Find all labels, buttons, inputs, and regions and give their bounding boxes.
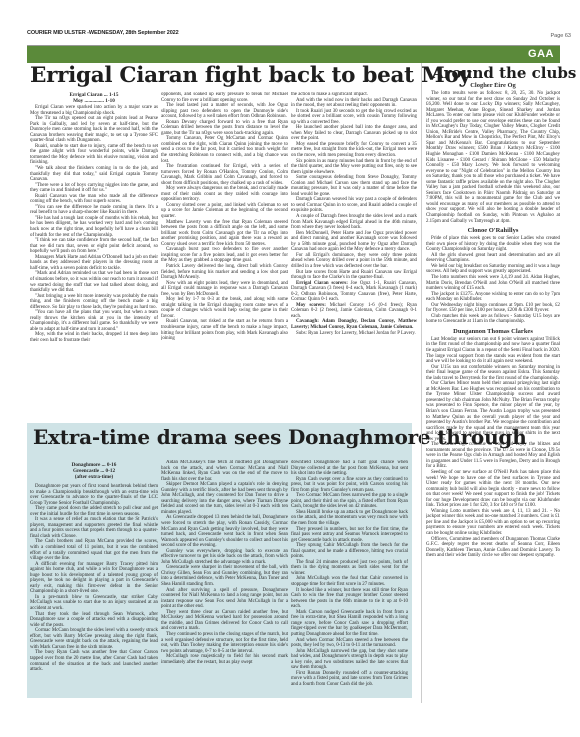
paragraph: Seeding of our new surface at O'Neill Pa… — [426, 470, 560, 509]
paragraph: Six points in as many minutes had them i… — [291, 159, 417, 176]
scorers-label: Moy scorers: — [296, 303, 326, 308]
paragraph: Shea Hamill broke up an attack to get Do… — [291, 510, 408, 527]
article2-column-3: downfield Donaghmore had a half goal cha… — [291, 460, 408, 696]
paragraph: The lotto numbers this week were 3,4,19 … — [426, 275, 560, 292]
paragraph: Winning Lotto numbers this week are 4, 1… — [426, 509, 560, 537]
paragraph: As Greencastle dropped 13 men behind the… — [161, 515, 288, 548]
score-line: (after extra-time) — [30, 474, 158, 480]
paragraph: We held our big breakfast on Saturday mo… — [426, 264, 560, 275]
paragraph: Greencastle were sharper in their moveme… — [161, 565, 288, 587]
score-line: Moy ............... 1-10 — [30, 98, 158, 104]
paragraph: Skipper Dermot McCann played a captain's… — [161, 482, 288, 515]
paragraph: Cormac McCann brought the sides level wi… — [30, 628, 158, 650]
paragraph: "Just bringing a wee bit more intensity … — [30, 294, 158, 311]
club-title-dungannon: Dungannon Thomas Clarkes — [426, 328, 560, 336]
paragraph: John McCullagh narrowed the gap, but the… — [291, 649, 408, 671]
paragraph: Ben McDonnell, Peter Harte and Joe Oguz … — [291, 231, 417, 253]
paragraph: In a pre-match blow to Greencastle, star… — [30, 595, 158, 612]
paragraph: Conroy slotted over a point, and linked … — [161, 203, 288, 220]
paragraph: A difficult evening for manager Barry Tr… — [30, 562, 158, 595]
article2-scoreline: Donaghmore ... 0-16 Greencastle ... 0-12… — [30, 462, 158, 480]
paragraph: "You can have all the plans that you wan… — [30, 310, 158, 332]
clubs-headline: Around the clubs — [432, 64, 576, 82]
club-title-clogher: Clogher Éire Óg — [426, 82, 560, 90]
section-label: GAA — [528, 48, 554, 60]
paragraph: They came good down the added stretch to… — [30, 506, 158, 517]
paragraph: They pressed in numbers, but not for the… — [291, 527, 408, 544]
paragraph: The final 24 minutes produced just two p… — [291, 560, 408, 577]
paragraph: Moy led by 1-7 to 0-3 at the break, and … — [161, 297, 288, 319]
paragraph: That they took the lead through Sean War… — [30, 612, 158, 629]
paragraph: All the girls showed great heart and det… — [426, 253, 560, 264]
paragraph: But late scores from Harte and Ruairi Ca… — [291, 270, 417, 281]
paragraph: Darragh Canavan weaved his way past a co… — [291, 197, 417, 214]
paragraph: Last Monday our seniors ran out 6 point … — [426, 337, 560, 365]
paragraph: "I think we can take confidence from the… — [30, 238, 158, 255]
paragraph: They went three clear as Carson raided a… — [161, 610, 288, 632]
paragraph: Aidan McCluskey's fine fetch at midfield… — [161, 460, 288, 482]
paragraph: They sprung Cahir McCullagh from the ben… — [291, 543, 408, 560]
paragraph: "Mark and Adrian reminded us that we had… — [30, 271, 158, 293]
paragraph: Gunnley was everywhere, dropping back to… — [161, 549, 288, 566]
club-title-clonoe: Clonoe O'Rahillys — [426, 227, 560, 235]
clubs-column: Clogher Éire Óg The lotto results were a… — [426, 82, 560, 702]
paragraph: John McCullagh won the foul that Cahir c… — [291, 576, 408, 587]
paragraph: It took Ruairi just 30 seconds to get th… — [291, 109, 417, 126]
paragraph: Cavanagh burst past two defenders to fir… — [161, 247, 288, 264]
article2-column-1: Donaghmore ... 0-16 Greencastle ... 0-12… — [30, 458, 158, 696]
paragraph: Errigal Ciaran were sparked into action … — [30, 105, 158, 116]
paragraph: "There were a lot of boys carrying niggl… — [30, 183, 158, 194]
paragraph: Our Wednesday night bingo continues at 9… — [426, 303, 560, 314]
paragraph: "You can see the difference he made comi… — [30, 205, 158, 216]
paragraph: Tommy Canavan, Peter Og McCartan and Cor… — [161, 136, 288, 164]
paragraph: The lotto results were as follows: 8, 20… — [426, 91, 560, 224]
paragraph: Ruairi, unable to start due to injury, c… — [30, 144, 158, 166]
article2-column-2: Aidan McCluskey's fine fetch at midfield… — [161, 460, 288, 696]
paragraph: Ronan Devany charged forward to win a fr… — [161, 120, 288, 137]
page-number: Page 63 — [551, 33, 572, 39]
paragraph: For all Errigal's dominance, they were o… — [291, 253, 417, 270]
paragraph: Ryan Cash swept over a fine score as the… — [291, 477, 408, 494]
paragraph: downfield Donaghmore had a half goal cha… — [291, 460, 408, 477]
article1-column-2: opponents, and soaked up early pressure … — [161, 92, 288, 420]
paragraph: It looked like a winner, but there was s… — [291, 588, 408, 610]
paragraph: Some courageous defending from Steve Don… — [291, 175, 417, 197]
paragraph: Pride of place this week goes to our Sen… — [426, 236, 560, 253]
paragraph: The Cash brothers and Ryan McCann provid… — [30, 539, 158, 561]
paragraph: Moy eased the pressure briefly for Conro… — [291, 142, 417, 159]
paragraph: The frustration continued for Errigal, w… — [161, 164, 288, 186]
paragraph: And with the wind now in their backs and… — [291, 98, 417, 109]
paragraph: Two Cormac McCann frees narrowed the gap… — [291, 493, 408, 510]
paragraph: Officers, Committee and members of Dunga… — [426, 537, 560, 559]
paragraph: Ruairi Canavan was the man who made all … — [30, 194, 158, 205]
section-bar: GAA — [27, 46, 560, 63]
paragraph: And when Cormac McCann steered a free be… — [291, 638, 408, 649]
paragraph: Mark Carson nudged Greencastle back in f… — [291, 610, 408, 638]
subs-text: Subs: Ryan Lavery for Laverty, Michael J… — [296, 331, 416, 336]
paragraph: Donaghmore put years of first round hear… — [30, 484, 158, 506]
paragraph: The Tir na nOgs opened out an eight poin… — [30, 116, 158, 144]
publication-dateline: COURIER MID ULSTER -WEDNESDAY, 28th Sept… — [27, 30, 179, 36]
paragraph: First Ronan Donnelly rounded off a count… — [291, 671, 408, 688]
paragraph: Ruairi Canavan, not risked at the start … — [161, 319, 288, 341]
paragraph: Moy, with the wind in their backs, dropp… — [30, 332, 158, 343]
paragraph: Matthew Laverty won the free that Ryan C… — [161, 220, 288, 248]
column-divider — [421, 63, 422, 703]
paragraph: Our U15s ran out comfortable winners on … — [426, 365, 560, 382]
paragraph: Our Clarkes Minor team held their annual… — [426, 381, 560, 442]
paragraph: The lead lasted just a matter of seconds… — [161, 103, 288, 120]
scorers-list: Errigal Ciaran scorers: Joe Oguz 1-1, Ru… — [291, 281, 417, 336]
paragraph: And after surviving a spell of pressure,… — [161, 588, 288, 610]
paragraph: The Clarkes Ogs continue to train and en… — [426, 442, 560, 470]
paragraph: "We talk about the finishers coming in t… — [30, 166, 158, 183]
paragraph: Club matches this week are as follows - … — [426, 314, 560, 325]
paragraph: Patrick Lavery delivered the long, direc… — [161, 264, 288, 281]
paragraph: A couple of Darragh frees brought the si… — [291, 214, 417, 231]
paragraph: opponents, and soaked up early pressure … — [161, 92, 288, 103]
paragraph: The jackpot is £1275. Anyone wishing to … — [426, 292, 560, 303]
paragraph: Now with an eight points lead, they were… — [161, 281, 288, 298]
article1-scoreline: Errigal Ciaran ... 1-15 Moy ............… — [30, 92, 158, 104]
paragraph: The busy Ryan Cash was another free that… — [30, 650, 158, 672]
paragraph: Managers Mark Harte and Adrian O'Donnell… — [30, 255, 158, 272]
paragraph: He launched another placed ball into the… — [291, 125, 417, 142]
article1-column-1: Errigal Ciaran ... 1-15 Moy ............… — [30, 92, 158, 420]
paragraph: Moy were always dangerous on the break, … — [161, 186, 288, 203]
paragraph: McCullagh rose majestically to field for… — [161, 654, 288, 665]
paragraph: It was a sense of relief as much elation… — [30, 517, 158, 539]
article1-column-3: the action to make a significant impact.… — [291, 92, 417, 420]
scorers-label: Cavanagh: — [296, 319, 319, 324]
paragraph: "He has had a tough last couple of month… — [30, 216, 158, 238]
article1-headline: Errigal Ciaran fight back to beat Moy — [30, 63, 471, 88]
scorers-label: Errigal Ciaran scorers: — [296, 281, 348, 286]
paragraph: They continued to press in the closing s… — [161, 632, 288, 654]
